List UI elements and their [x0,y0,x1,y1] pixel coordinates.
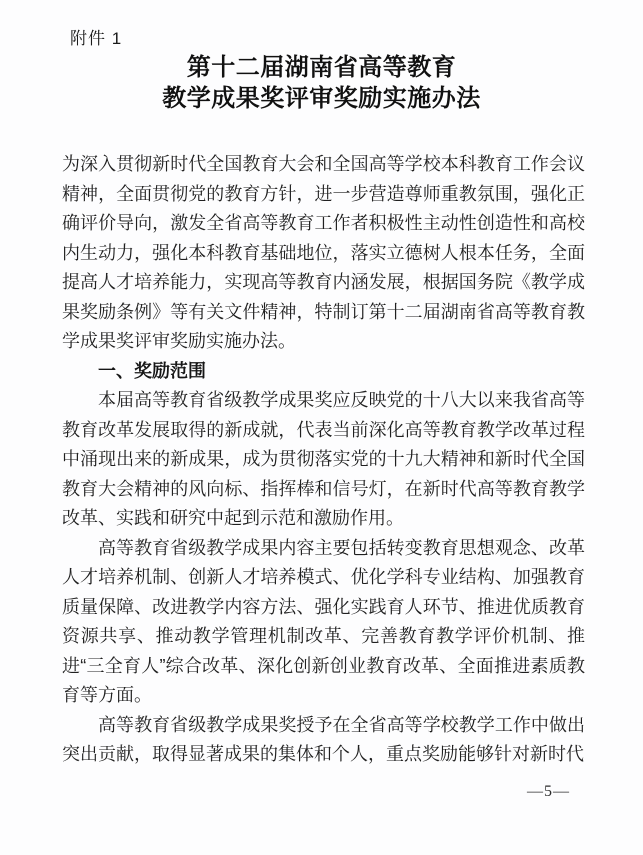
document-page: 附件 1 第十二届湖南省高等教育 教学成果奖评审奖励实施办法 为深入贯彻新时代全… [0,0,643,855]
page-number: —5— [527,783,570,801]
paragraph-achievement-content: 高等教育省级教学成果内容主要包括转变教育思想观念、改革人才培养机制、创新人才培养… [62,534,585,711]
paragraph-award-background: 本届高等教育省级教学成果奖应反映党的十八大以来我省高等教育改革发展取得的新成就，… [62,386,585,534]
document-body: 为深入贯彻新时代全国教育大会和全国高等学校本科教育工作会议精神，全面贯彻党的教育… [62,150,585,770]
paragraph-intro: 为深入贯彻新时代全国教育大会和全国高等学校本科教育工作会议精神，全面贯彻党的教育… [62,150,585,357]
section-heading-award-scope: 一、奖励范围 [62,357,585,387]
document-title-line2: 教学成果奖评审奖励实施办法 [0,83,643,114]
document-title: 第十二届湖南省高等教育 教学成果奖评审奖励实施办法 [0,52,643,114]
attachment-label: 附件 1 [70,24,122,49]
paragraph-award-recipients: 高等教育省级教学成果奖授予在全省高等学校教学工作中做出突出贡献，取得显著成果的集… [62,711,585,770]
document-title-line1: 第十二届湖南省高等教育 [0,52,643,83]
